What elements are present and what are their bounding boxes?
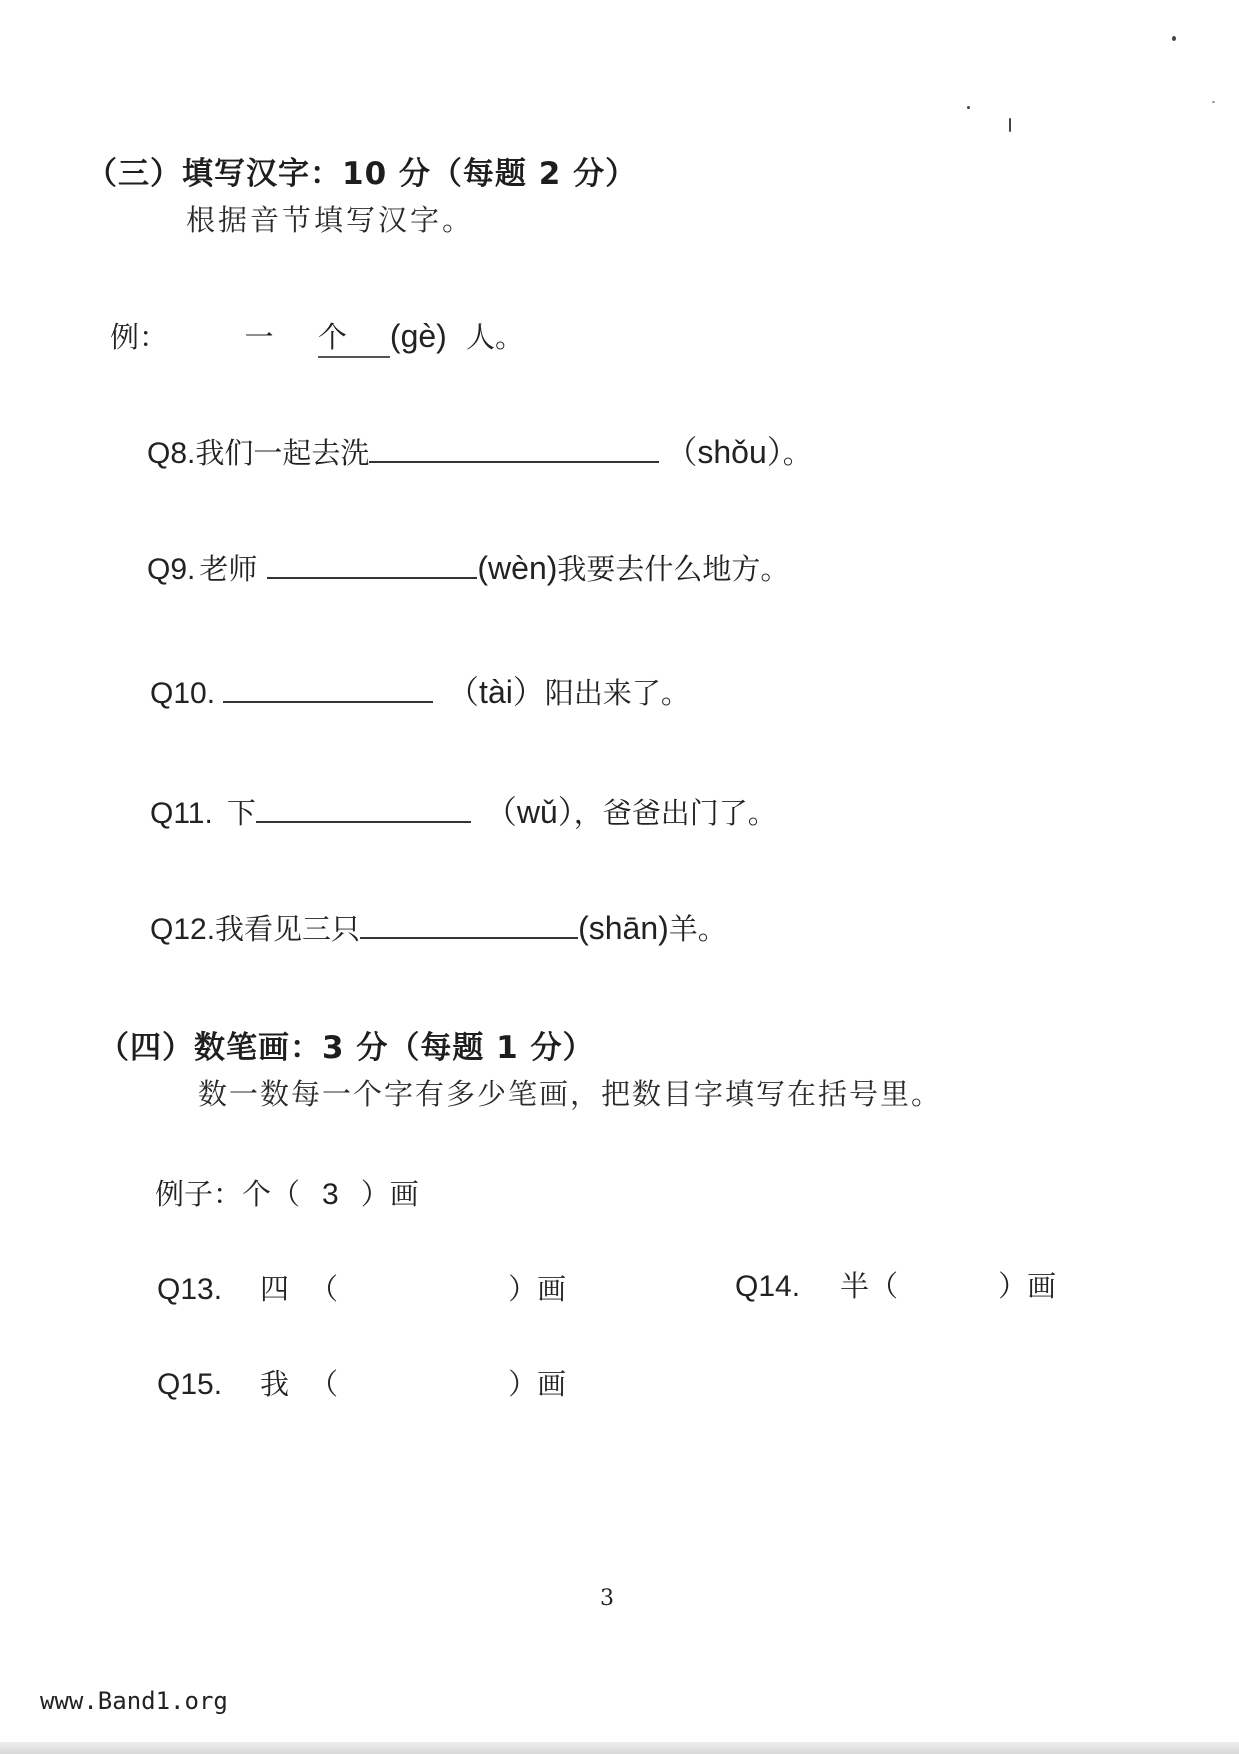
question-q13: Q13.四（）画	[157, 1267, 566, 1308]
example-stroke-count: 3	[322, 1178, 339, 1211]
example-answer-blank: 个	[318, 315, 390, 358]
section-4-example: 例子：个（3）画	[155, 1172, 419, 1213]
question-q12: Q12.我看见三只(shān)羊。	[150, 907, 727, 948]
close-paren: ）	[998, 1269, 1027, 1303]
close-paren: ）	[508, 1367, 537, 1401]
question-q10: Q10.（tài）阳出来了。	[150, 667, 690, 713]
question-text-after: 。	[783, 436, 812, 470]
question-text-after: 我要去什么地方。	[557, 552, 789, 586]
scan-speck	[1212, 101, 1215, 103]
question-text-before: 老师	[199, 552, 257, 586]
question-text-after: 羊。	[669, 912, 727, 946]
section-4-title: （四）数笔画：3 分（每题 1 分）	[98, 1022, 595, 1067]
question-pinyin: （shǒu）	[665, 434, 782, 470]
answer-blank[interactable]	[223, 671, 433, 703]
example-close-paren: ）	[361, 1177, 390, 1211]
question-number: Q10.	[150, 677, 215, 710]
question-text-before: 我看见三只	[215, 912, 360, 946]
question-text-before: 下	[227, 796, 256, 830]
question-pinyin: (shān)	[578, 910, 669, 946]
open-paren: （	[869, 1269, 898, 1303]
page-number: 3	[600, 1586, 614, 1611]
section-4-instruction: 数一数每一个字有多少笔画，把数目字填写在括号里。	[198, 1072, 942, 1113]
example-label: 例子：	[155, 1177, 242, 1211]
scan-edge-band	[0, 1742, 1239, 1754]
question-pinyin: （tài）	[447, 674, 545, 710]
question-char: 我	[260, 1367, 289, 1401]
close-paren: ）	[508, 1272, 537, 1306]
example-prefix: 一	[244, 320, 273, 354]
unit: 画	[1027, 1269, 1056, 1303]
example-unit: 画	[390, 1177, 419, 1211]
example-pinyin: (gè)	[390, 318, 447, 354]
open-paren: （	[309, 1367, 338, 1401]
section-3-instruction: 根据音节填写汉字。	[186, 198, 474, 239]
question-pinyin: (wèn)	[477, 550, 557, 586]
answer-blank[interactable]	[256, 791, 471, 823]
answer-blank[interactable]	[267, 547, 477, 579]
example-char: 个	[242, 1177, 271, 1211]
question-number: Q14.	[735, 1270, 800, 1303]
scan-speck	[1009, 118, 1011, 132]
example-suffix: 人。	[466, 320, 524, 354]
website-watermark: www.Band1.org	[40, 1687, 228, 1715]
question-q9: Q9.老师(wèn)我要去什么地方。	[147, 547, 789, 588]
answer-blank[interactable]	[369, 431, 659, 463]
unit: 画	[537, 1367, 566, 1401]
answer-blank[interactable]	[360, 907, 578, 939]
example-label: 例：	[110, 320, 168, 354]
scan-speck	[967, 106, 970, 109]
question-number: Q11.	[150, 797, 213, 830]
section-3-example: 例： 一 个 (gè) 人。	[110, 315, 524, 358]
question-number: Q12.	[150, 913, 215, 946]
question-number: Q8.	[147, 437, 195, 470]
question-text-after: ，爸爸出门了。	[574, 796, 777, 830]
question-char: 半	[840, 1269, 869, 1303]
question-q11: Q11.下（wǔ），爸爸出门了。	[150, 787, 777, 833]
question-pinyin: （wǔ）	[485, 794, 574, 830]
question-number: Q15.	[157, 1368, 222, 1401]
open-paren: （	[309, 1272, 338, 1306]
scan-speck	[1172, 36, 1176, 41]
question-char: 四	[260, 1272, 289, 1306]
unit: 画	[537, 1272, 566, 1306]
section-3-title: （三）填写汉字：10 分（每题 2 分）	[86, 148, 637, 193]
question-q15: Q15.我（）画	[157, 1362, 566, 1403]
question-number: Q9.	[147, 553, 195, 586]
example-open-paren: （	[271, 1177, 300, 1211]
question-text-before: 我们一起去洗	[195, 436, 369, 470]
question-q14: Q14.半（）画	[735, 1264, 1056, 1305]
question-q8: Q8.我们一起去洗（shǒu）。	[147, 427, 812, 473]
question-text-after: 阳出来了。	[545, 676, 690, 710]
example-answer: 个	[318, 320, 347, 354]
question-number: Q13.	[157, 1273, 222, 1306]
